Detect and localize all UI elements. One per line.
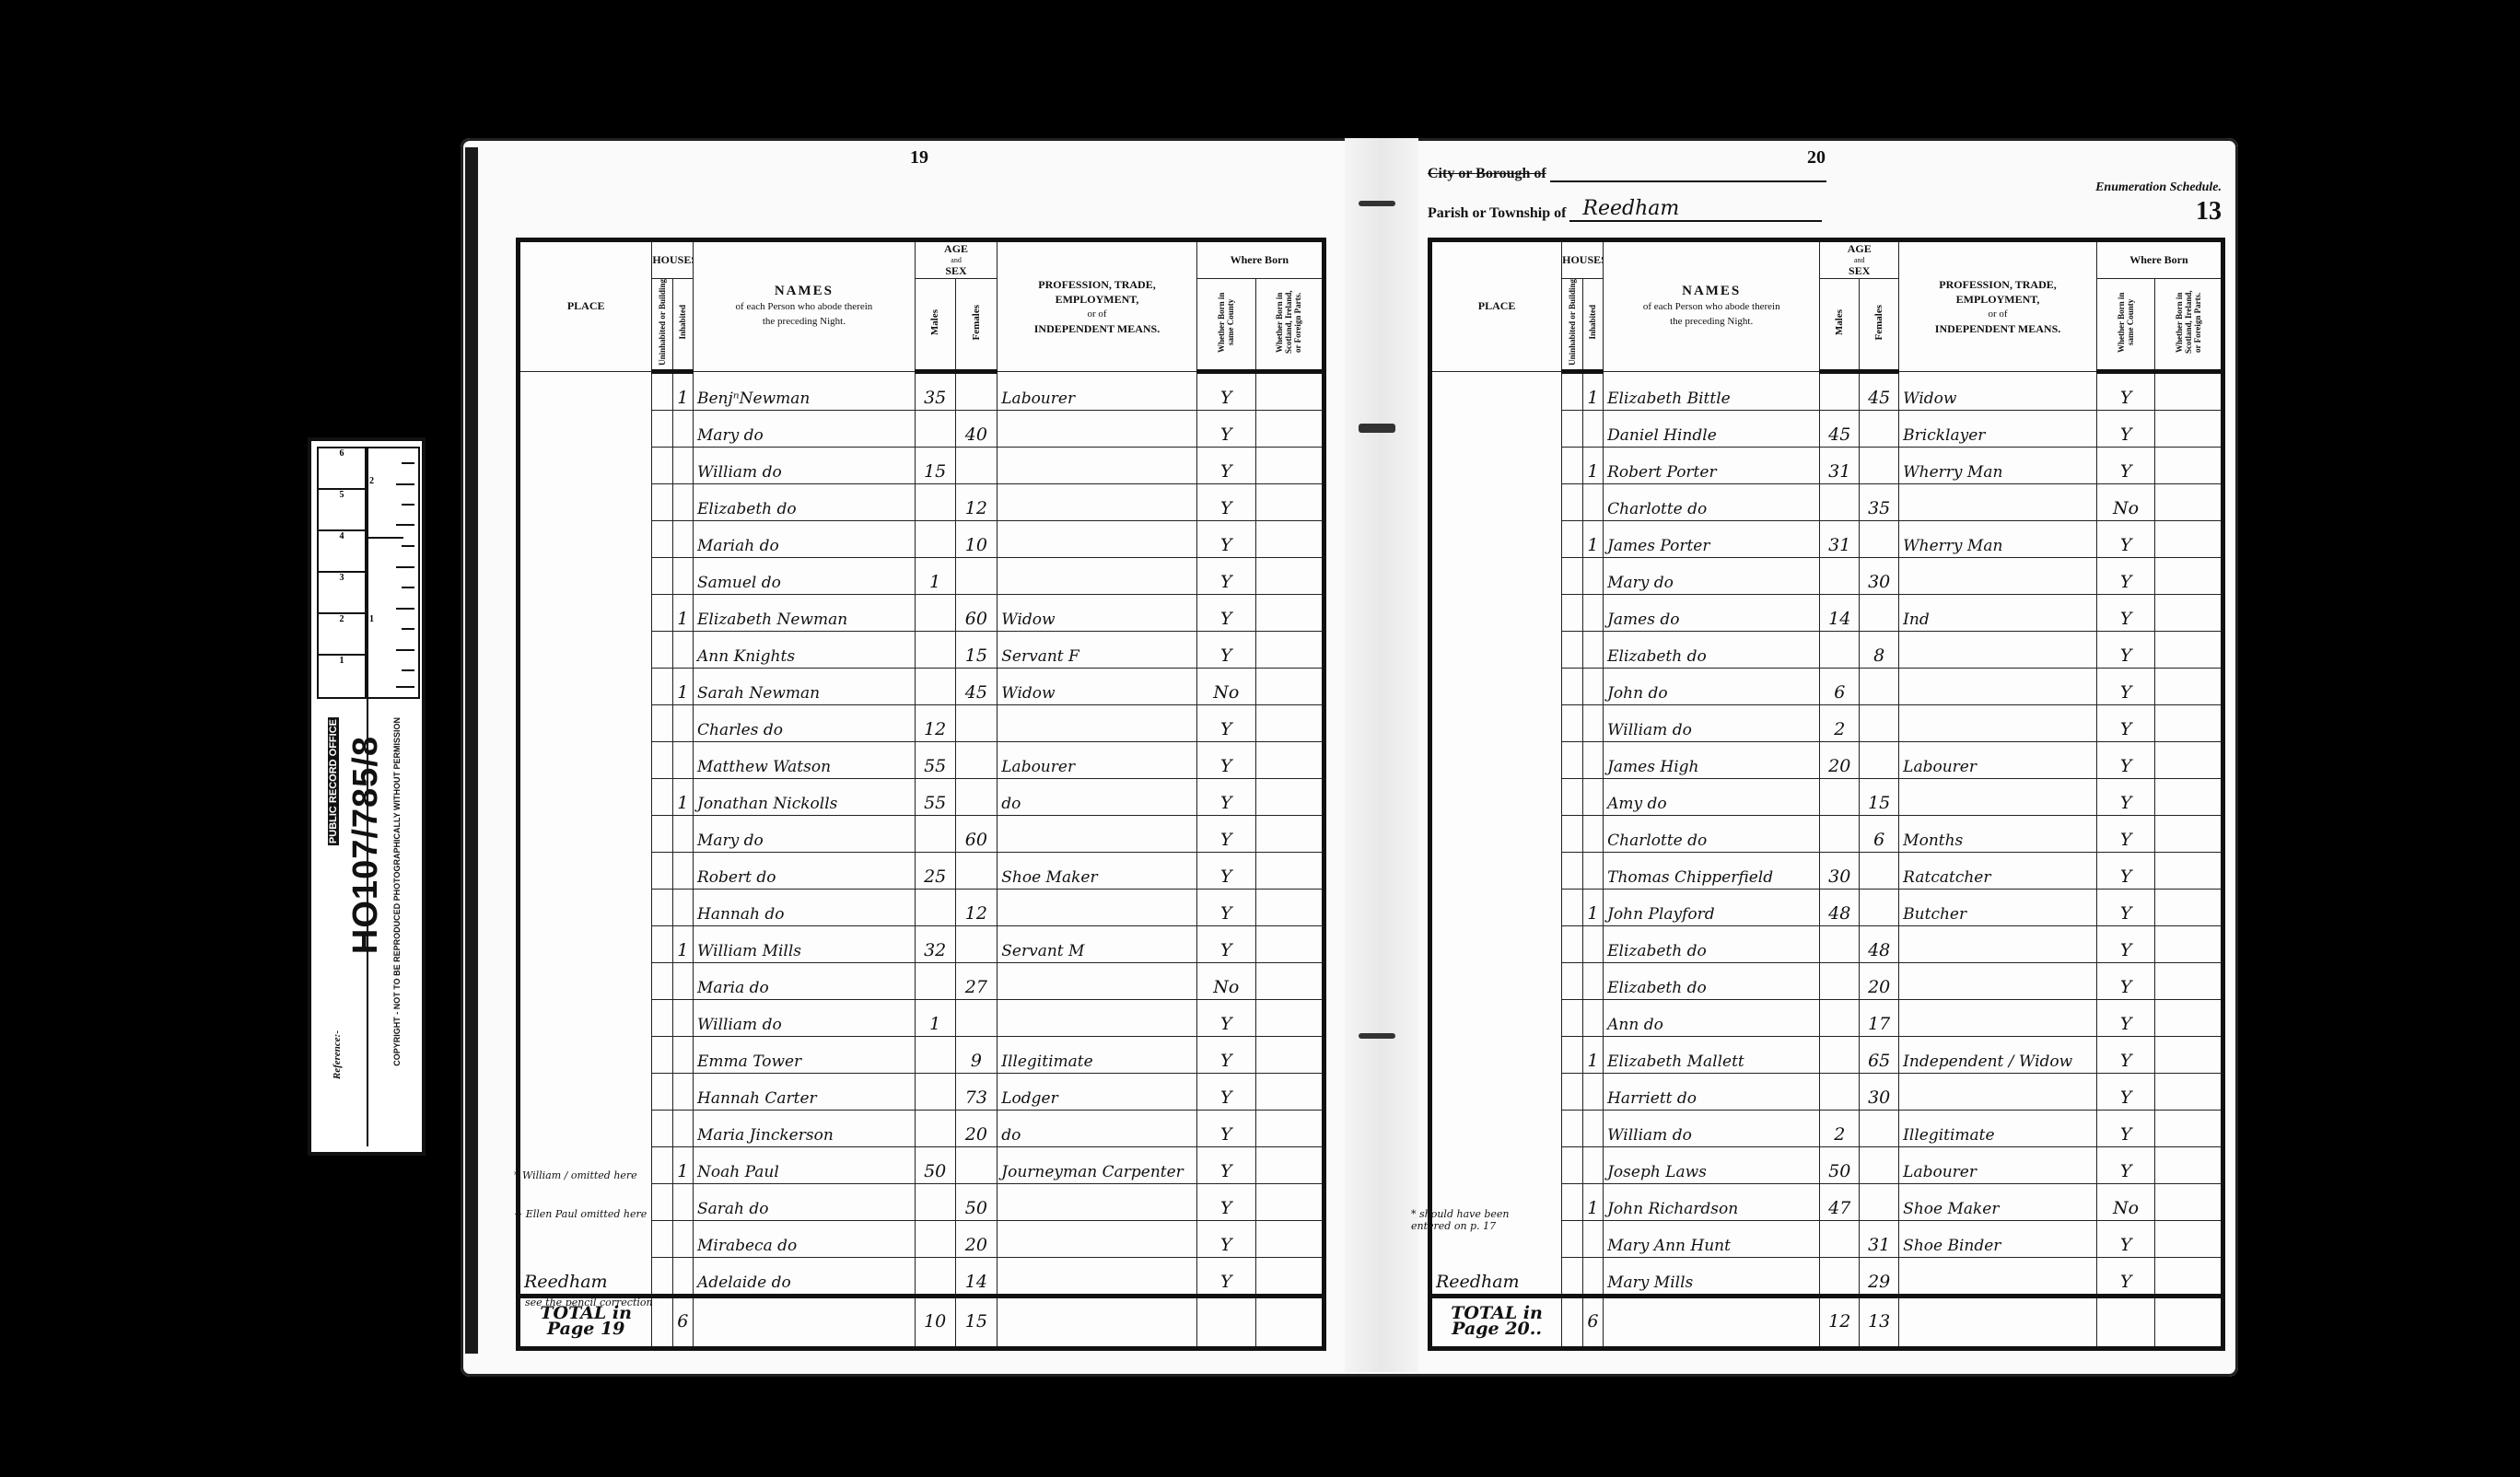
female-cell: 30 (1860, 1073, 1899, 1110)
male-cell (915, 815, 955, 852)
occupation-cell: Lodger (997, 1073, 1196, 1110)
total-same-county (1196, 1296, 1255, 1348)
same-county-cell: Y (1196, 1146, 1255, 1183)
uninhabited-cell (652, 889, 672, 925)
name-cell: Sarah do (694, 1183, 916, 1220)
same-county-cell: Y (2096, 410, 2154, 447)
inhabited-cell (1582, 1110, 1603, 1146)
ruler-cell: 3 (319, 573, 365, 614)
left-page-number: 19 (910, 147, 928, 169)
uninhabited-cell (1562, 925, 1582, 962)
same-county-cell: No (2096, 1183, 2154, 1220)
female-cell: 17 (1860, 999, 1899, 1036)
ruler-cell: 5 (319, 490, 365, 531)
female-cell (1860, 447, 1899, 483)
male-cell: 12 (915, 704, 955, 741)
name-cell: James do (1604, 594, 1820, 631)
foreign-cell (2155, 962, 2223, 999)
copyright-notice: COPYRIGHT - NOT TO BE REPRODUCED PHOTOGR… (392, 717, 402, 1066)
uninhabited-cell (652, 520, 672, 557)
name-cell: Elizabeth do (1604, 962, 1820, 999)
same-county-cell: Y (1196, 815, 1255, 852)
same-county-cell: Y (1196, 999, 1255, 1036)
male-cell (1820, 1220, 1860, 1257)
uninhabited-cell (652, 410, 672, 447)
total-row: TOTAL inPage 20..61213 (1430, 1296, 2223, 1348)
uninhabited-cell (652, 1257, 672, 1296)
same-county-cell: Y (1196, 631, 1255, 668)
ruler-cell: 2 (319, 614, 365, 656)
occupation-cell (997, 447, 1196, 483)
inhabited-cell (1582, 1257, 1603, 1296)
male-cell (915, 1073, 955, 1110)
same-county-cell: Y (2096, 815, 2154, 852)
female-cell: 10 (955, 520, 997, 557)
names-sub1: of each Person who abode therein (1604, 299, 1819, 314)
inhabited-cell: 1 (672, 668, 693, 704)
foreign-cell (1255, 447, 1324, 483)
inhabited-cell (1582, 410, 1603, 447)
header-where-born: Where Born (1196, 240, 1324, 279)
foreign-cell (1255, 594, 1324, 631)
uninhabited-cell (1562, 741, 1582, 778)
age-title: AGE (944, 242, 968, 255)
header-names: NAMES of each Person who abode therein t… (694, 240, 916, 372)
name-cell: Elizabeth do (1604, 631, 1820, 668)
foreign-cell (1255, 962, 1324, 999)
foreign-cell (1255, 925, 1324, 962)
occupation-cell (1899, 925, 2097, 962)
name-cell: Harriett do (1604, 1073, 1820, 1110)
inhabited-cell (672, 889, 693, 925)
total-foreign (2155, 1296, 2223, 1348)
foreign-cell (1255, 1183, 1324, 1220)
uninhabited-cell (652, 1146, 672, 1183)
profession-line4: INDEPENDENT MEANS. (1899, 321, 2096, 336)
inhabited-cell (672, 852, 693, 889)
male-cell: 32 (915, 925, 955, 962)
total-females: 13 (1860, 1296, 1899, 1348)
male-cell (915, 631, 955, 668)
city-borough-line: City or Borough of (1428, 166, 1826, 182)
place-cell: Reedham (1430, 371, 1562, 1296)
male-cell: 25 (915, 852, 955, 889)
male-cell (1820, 1073, 1860, 1110)
female-cell (1860, 1110, 1899, 1146)
scale-ruler: 6 5 4 3 2 1 2 1 (317, 447, 420, 699)
name-cell: Maria Jinckerson (694, 1110, 916, 1146)
foreign-cell (2155, 447, 2223, 483)
name-cell: William do (1604, 704, 1820, 741)
uninhabited-cell (1562, 1110, 1582, 1146)
same-county-cell: Y (2096, 520, 2154, 557)
occupation-cell: Widow (1899, 371, 2097, 410)
male-cell (915, 410, 955, 447)
name-cell: Noah Paul (694, 1146, 916, 1183)
male-cell (1820, 815, 1860, 852)
total-label-line2: Page 20.. (1436, 1321, 1557, 1337)
inhabited-cell (672, 1257, 693, 1296)
name-cell: Hannah Carter (694, 1073, 916, 1110)
gutter-mark (1359, 201, 1395, 206)
female-cell: 15 (955, 631, 997, 668)
inhabited-cell: 1 (672, 778, 693, 815)
inhabited-cell: 1 (1582, 1036, 1603, 1073)
name-cell: Robert Porter (1604, 447, 1820, 483)
same-county-cell: Y (1196, 704, 1255, 741)
same-county-cell: Y (2096, 1257, 2154, 1296)
female-cell (955, 704, 997, 741)
occupation-cell (997, 410, 1196, 447)
female-cell (955, 447, 997, 483)
names-title: NAMES (775, 284, 834, 298)
profession-line3: or of (997, 307, 1196, 321)
male-cell: 2 (1820, 1110, 1860, 1146)
female-cell (1860, 1146, 1899, 1183)
inhabited-cell (1582, 704, 1603, 741)
inhabited-cell: 1 (1582, 520, 1603, 557)
uninhabited-cell (652, 925, 672, 962)
header-names: NAMES of each Person who abode therein t… (1604, 240, 1820, 372)
header-males: Males (915, 279, 955, 372)
foreign-cell (1255, 1073, 1324, 1110)
female-cell (955, 925, 997, 962)
foreign-cell (1255, 520, 1324, 557)
uninhabited-cell (652, 631, 672, 668)
foreign-cell (2155, 741, 2223, 778)
uninhabited-cell (652, 447, 672, 483)
total-names (1604, 1296, 1820, 1348)
name-cell: Mary Ann Hunt (1604, 1220, 1820, 1257)
occupation-cell: do (997, 778, 1196, 815)
profession-line1: PROFESSION, TRADE, (997, 277, 1196, 292)
header-uninhabited: Uninhabited or Building (652, 279, 672, 372)
inhabited-cell (672, 410, 693, 447)
total-inhabited: 6 (1582, 1296, 1603, 1348)
occupation-cell (1899, 1073, 2097, 1110)
inhabited-cell (1582, 1073, 1603, 1110)
male-cell: 55 (915, 778, 955, 815)
same-county-cell: Y (1196, 1257, 1255, 1296)
inhabited-cell (1582, 778, 1603, 815)
foreign-cell (1255, 371, 1324, 410)
foreign-cell (1255, 852, 1324, 889)
name-cell: Emma Tower (694, 1036, 916, 1073)
foreign-cell (1255, 410, 1324, 447)
uninhabited-cell (1562, 889, 1582, 925)
left-census-rows: Reedham1BenjⁿNewman35LabourerYMary do40Y… (519, 371, 1324, 1348)
same-county-cell: No (1196, 668, 1255, 704)
header-females: Females (955, 279, 997, 372)
inhabited-cell (1582, 1146, 1603, 1183)
same-county-cell: Y (1196, 410, 1255, 447)
occupation-cell: Illegitimate (997, 1036, 1196, 1073)
foreign-cell (1255, 1146, 1324, 1183)
same-county-cell: Y (2096, 371, 2154, 410)
same-county-cell: Y (2096, 668, 2154, 704)
total-same-county (2096, 1296, 2154, 1348)
inhabited-cell (672, 557, 693, 594)
foreign-cell (1255, 778, 1324, 815)
header-profession: PROFESSION, TRADE, EMPLOYMENT, or of IND… (1899, 240, 2097, 372)
profession-line2: EMPLOYMENT, (1899, 292, 2096, 307)
occupation-cell: Illegitimate (1899, 1110, 2097, 1146)
same-county-cell: Y (1196, 1183, 1255, 1220)
foreign-cell (2155, 520, 2223, 557)
name-cell: Sarah Newman (694, 668, 916, 704)
foreign-cell (1255, 1036, 1324, 1073)
foreign-cell (2155, 1257, 2223, 1296)
name-cell: John Playford (1604, 889, 1820, 925)
margin-note: * should have been entered on p. 17 (1411, 1208, 1522, 1232)
name-cell: John Richardson (1604, 1183, 1820, 1220)
occupation-cell (1899, 778, 2097, 815)
occupation-cell (997, 704, 1196, 741)
foreign-cell (2155, 889, 2223, 925)
occupation-cell (997, 483, 1196, 520)
female-cell: 30 (1860, 557, 1899, 594)
male-cell: 45 (1820, 410, 1860, 447)
male-cell: 2 (1820, 704, 1860, 741)
right-census-rows: Reedham1Elizabeth Bittle45WidowYDaniel H… (1430, 371, 2223, 1348)
header-females: Females (1860, 279, 1899, 372)
occupation-cell (997, 557, 1196, 594)
occupation-cell (1899, 999, 2097, 1036)
uninhabited-cell (652, 778, 672, 815)
female-cell (955, 778, 997, 815)
total-males: 12 (1820, 1296, 1860, 1348)
male-cell: 30 (1820, 852, 1860, 889)
foreign-cell (2155, 668, 2223, 704)
male-cell (1820, 371, 1860, 410)
name-cell: Mary do (1604, 557, 1820, 594)
left-census-table: PLACE HOUSES NAMES of each Person who ab… (516, 238, 1326, 1351)
male-cell (915, 1110, 955, 1146)
same-county-cell: Y (1196, 1110, 1255, 1146)
occupation-cell (997, 815, 1196, 852)
same-county-cell: Y (2096, 999, 2154, 1036)
uninhabited-cell (652, 1220, 672, 1257)
male-cell (915, 1183, 955, 1220)
uninhabited-cell (1562, 1257, 1582, 1296)
same-county-cell: Y (1196, 852, 1255, 889)
same-county-cell: Y (2096, 741, 2154, 778)
female-cell: 9 (955, 1036, 997, 1073)
foreign-cell (2155, 371, 2223, 410)
name-cell: Maria do (694, 962, 916, 999)
header-born-scotland: Whether Born in Scotland, Ireland, or Fo… (2155, 279, 2223, 372)
occupation-cell (997, 1257, 1196, 1296)
inhabited-cell (672, 999, 693, 1036)
uninhabited-cell (652, 1110, 672, 1146)
occupation-cell: Shoe Maker (997, 852, 1196, 889)
same-county-cell: Y (1196, 520, 1255, 557)
occupation-cell: Widow (997, 594, 1196, 631)
header-uninhabited: Uninhabited or Building (1562, 279, 1582, 372)
inhabited-cell (1582, 1220, 1603, 1257)
occupation-cell: Labourer (1899, 741, 2097, 778)
header-houses: HOUSES (1562, 240, 1604, 279)
male-cell: 15 (915, 447, 955, 483)
same-county-cell: Y (2096, 704, 2154, 741)
female-cell (955, 852, 997, 889)
uninhabited-cell (652, 1183, 672, 1220)
profession-line1: PROFESSION, TRADE, (1899, 277, 2096, 292)
inhabited-cell (1582, 668, 1603, 704)
foreign-cell (1255, 483, 1324, 520)
uninhabited-cell (1562, 520, 1582, 557)
occupation-cell: Shoe Binder (1899, 1220, 2097, 1257)
same-county-cell: Y (2096, 962, 2154, 999)
ruler-cell: 6 (319, 448, 365, 490)
inhabited-cell (672, 1183, 693, 1220)
name-cell: Ann do (1604, 999, 1820, 1036)
name-cell: Hannah do (694, 889, 916, 925)
male-cell: 31 (1820, 520, 1860, 557)
header-age-sex: AGE and SEX (1820, 240, 1899, 279)
header-inhabited: Inhabited (1582, 279, 1603, 372)
occupation-cell: Months (1899, 815, 2097, 852)
total-occupation (997, 1296, 1196, 1348)
name-cell: Charlotte do (1604, 815, 1820, 852)
female-cell (955, 999, 997, 1036)
header-born-same-county: Whether Born in same County (2096, 279, 2154, 372)
same-county-cell: Y (2096, 852, 2154, 889)
occupation-cell: Wherry Man (1899, 520, 2097, 557)
header-age-sex: AGE and SEX (915, 240, 997, 279)
foreign-cell (2155, 1146, 2223, 1183)
name-cell: Jonathan Nickolls (694, 778, 916, 815)
name-cell: Elizabeth Mallett (1604, 1036, 1820, 1073)
female-cell (1860, 889, 1899, 925)
inhabited-cell (1582, 815, 1603, 852)
male-cell (1820, 999, 1860, 1036)
occupation-cell (1899, 1257, 2097, 1296)
same-county-cell: Y (2096, 1110, 2154, 1146)
header-males: Males (1820, 279, 1860, 372)
uninhabited-cell (652, 668, 672, 704)
place-cell: Reedham (519, 371, 652, 1296)
profession-line4: INDEPENDENT MEANS. (997, 321, 1196, 336)
uninhabited-cell (1562, 371, 1582, 410)
name-cell: Joseph Laws (1604, 1146, 1820, 1183)
female-cell: 20 (955, 1220, 997, 1257)
foreign-cell (1255, 668, 1324, 704)
name-cell: William do (694, 447, 916, 483)
same-county-cell: Y (1196, 1220, 1255, 1257)
foreign-cell (2155, 815, 2223, 852)
profession-line2: EMPLOYMENT, (997, 292, 1196, 307)
parish-label: Parish or Township of (1428, 205, 1566, 221)
reference-card: 6 5 4 3 2 1 2 1 PUBLIC RECORD OFFICE Ref… (308, 437, 426, 1156)
inhabited-cell: 1 (1582, 447, 1603, 483)
female-cell (1860, 852, 1899, 889)
same-county-cell: No (1196, 962, 1255, 999)
name-cell: Robert do (694, 852, 916, 889)
foreign-cell (2155, 852, 2223, 889)
uninhabited-cell (652, 594, 672, 631)
female-cell: 20 (955, 1110, 997, 1146)
foreign-cell (1255, 1220, 1324, 1257)
table-row: Reedham1Elizabeth Bittle45WidowY (1430, 371, 2223, 410)
margin-note: + Ellen Paul omitted here (514, 1208, 647, 1220)
header-profession: PROFESSION, TRADE, EMPLOYMENT, or of IND… (997, 240, 1196, 372)
female-cell (1860, 704, 1899, 741)
male-cell (1820, 778, 1860, 815)
age-sex: SEX (945, 264, 966, 277)
office-label: PUBLIC RECORD OFFICE (328, 717, 339, 845)
total-names (694, 1296, 916, 1348)
male-cell (915, 962, 955, 999)
foreign-cell (2155, 925, 2223, 962)
name-cell: Mary do (694, 815, 916, 852)
male-cell (1820, 925, 1860, 962)
occupation-cell (1899, 483, 2097, 520)
occupation-cell (1899, 668, 2097, 704)
total-uninhabited (1562, 1296, 1582, 1348)
name-cell: Charles do (694, 704, 916, 741)
header-where-born: Where Born (2096, 240, 2222, 279)
male-cell: 50 (915, 1146, 955, 1183)
female-cell (955, 1146, 997, 1183)
foreign-cell (2155, 1183, 2223, 1220)
same-county-cell: Y (2096, 925, 2154, 962)
female-cell: 35 (1860, 483, 1899, 520)
same-county-cell: Y (1196, 925, 1255, 962)
inhabited-cell: 1 (1582, 371, 1603, 410)
same-county-cell: Y (1196, 778, 1255, 815)
foreign-cell (2155, 1036, 2223, 1073)
name-cell: Mirabeca do (694, 1220, 916, 1257)
names-sub2: the preceding Night. (1604, 314, 1819, 329)
occupation-cell: do (997, 1110, 1196, 1146)
occupation-cell: Servant F (997, 631, 1196, 668)
uninhabited-cell (1562, 1220, 1582, 1257)
reference-number: HO107/785/8 (346, 736, 386, 954)
total-label-line2: Page 19 (524, 1321, 647, 1337)
occupation-cell: Butcher (1899, 889, 2097, 925)
name-cell: Elizabeth Newman (694, 594, 916, 631)
same-county-cell: Y (2096, 778, 2154, 815)
uninhabited-cell (1562, 704, 1582, 741)
name-cell: James High (1604, 741, 1820, 778)
name-cell: Samuel do (694, 557, 916, 594)
foreign-cell (1255, 1110, 1324, 1146)
age-and: and (1820, 256, 1898, 264)
name-cell: Charlotte do (1604, 483, 1820, 520)
foreign-cell (1255, 999, 1324, 1036)
name-cell: James Porter (1604, 520, 1820, 557)
foreign-cell (2155, 1110, 2223, 1146)
inhabited-cell (1582, 999, 1603, 1036)
male-cell: 35 (915, 371, 955, 410)
occupation-cell: Journeyman Carpenter (997, 1146, 1196, 1183)
names-title: NAMES (1682, 284, 1741, 298)
names-sub1: of each Person who abode therein (694, 299, 915, 314)
margin-note: see the pencil correction (525, 1297, 654, 1308)
names-sub2: the preceding Night. (694, 314, 915, 329)
same-county-cell: Y (2096, 1220, 2154, 1257)
same-county-cell: Y (1196, 594, 1255, 631)
name-cell: Mariah do (694, 520, 916, 557)
profession-line3: or of (1899, 307, 2096, 321)
female-cell (955, 371, 997, 410)
occupation-cell: Ratcatcher (1899, 852, 2097, 889)
uninhabited-cell (652, 704, 672, 741)
occupation-cell: Independent / Widow (1899, 1036, 2097, 1073)
male-cell: 48 (1820, 889, 1860, 925)
inhabited-cell (1582, 962, 1603, 999)
